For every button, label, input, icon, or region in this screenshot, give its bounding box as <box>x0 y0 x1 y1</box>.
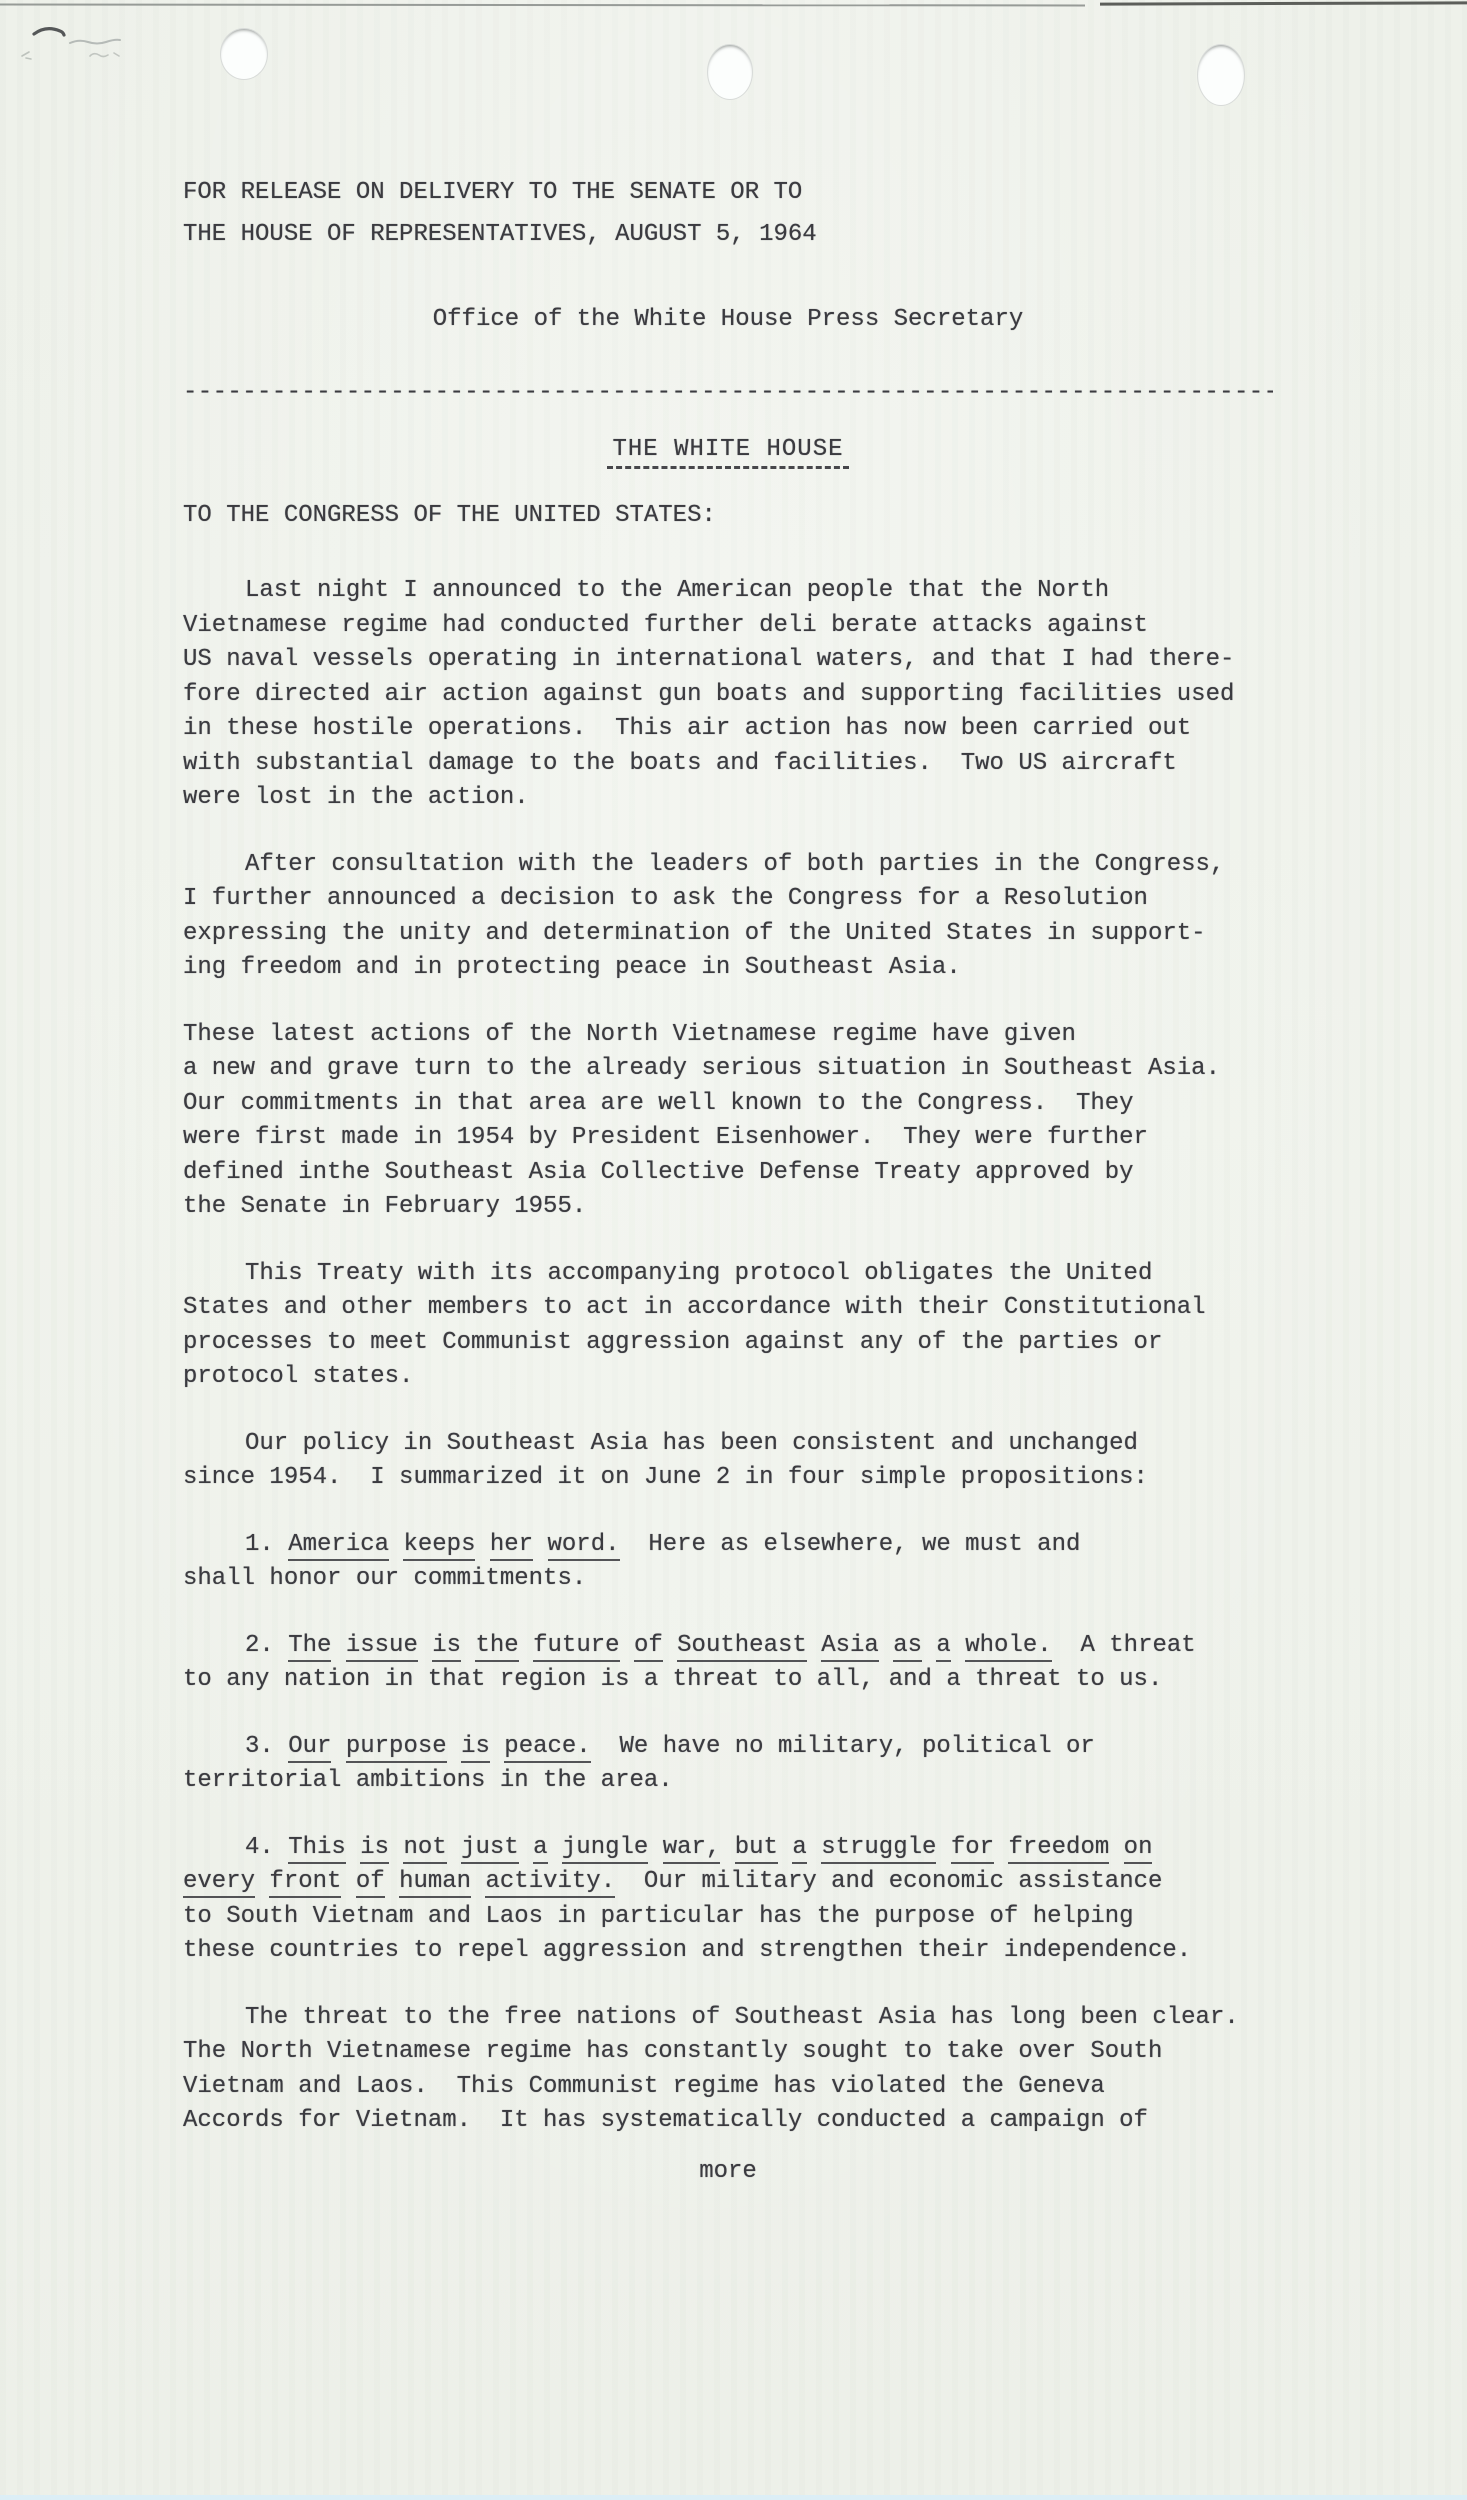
text-line: defined inthe Southeast Asia Collective … <box>183 1156 1273 1191</box>
underlined-word: is <box>461 1733 490 1763</box>
underlined-word: is <box>360 1834 389 1864</box>
underlined-word: is <box>432 1632 461 1662</box>
text-line: territorial ambitions in the area. <box>183 1764 1273 1799</box>
text-line: fore directed air action against gun boa… <box>183 678 1273 713</box>
text-line: were lost in the action. <box>183 781 1273 816</box>
paragraph: 3. Our purpose is peace. We have no mili… <box>183 1730 1273 1799</box>
scan-edge-strip <box>0 2495 1467 2500</box>
underlined-word: whole. <box>965 1632 1051 1662</box>
text-line: in these hostile operations. This air ac… <box>183 712 1273 747</box>
document-body: Last night I announced to the American p… <box>183 574 1273 2139</box>
underlined-word: issue <box>346 1632 418 1662</box>
paragraph: After consultation with the leaders of b… <box>183 848 1273 986</box>
text-line: Vietnamese regime had conducted further … <box>183 609 1273 644</box>
text-line: Vietnam and Laos. This Communist regime … <box>183 2070 1273 2105</box>
release-header: FOR RELEASE ON DELIVERY TO THE SENATE OR… <box>183 172 1273 256</box>
underlined-word: jungle <box>562 1834 648 1864</box>
underlined-word: The <box>288 1632 331 1662</box>
underlined-word: keeps <box>403 1531 475 1561</box>
underlined-word: on <box>1124 1834 1153 1864</box>
text-line: Our commitments in that area are well kn… <box>183 1087 1273 1122</box>
text-line: protocol states. <box>183 1360 1273 1395</box>
text-line: expressing the unity and determination o… <box>183 917 1273 952</box>
paragraph: 2. The issue is the future of Southeast … <box>183 1629 1273 1698</box>
text-line: Last night I announced to the American p… <box>183 574 1273 609</box>
text-line: the Senate in February 1955. <box>183 1190 1273 1225</box>
text-line: Our policy in Southeast Asia has been co… <box>183 1427 1273 1462</box>
underlined-word: every <box>183 1868 255 1898</box>
paragraph: Last night I announced to the American p… <box>183 574 1273 816</box>
underlined-word: activity. <box>485 1868 615 1898</box>
underlined-word: as <box>893 1632 922 1662</box>
underlined-word: future <box>533 1632 619 1662</box>
letterhead: THE WHITE HOUSE <box>183 436 1273 463</box>
release-line-1: FOR RELEASE ON DELIVERY TO THE SENATE OR… <box>183 172 1273 214</box>
paragraph: This Treaty with its accompanying protoc… <box>183 1257 1273 1395</box>
underlined-word: Our <box>288 1733 331 1763</box>
underlined-word: but <box>735 1834 778 1864</box>
underlined-word: for <box>951 1834 994 1864</box>
underlined-word: not <box>403 1834 446 1864</box>
underlined-word: America <box>288 1531 389 1561</box>
letterhead-text: THE WHITE HOUSE <box>607 436 848 469</box>
underlined-word: her <box>490 1531 533 1561</box>
salutation: TO THE CONGRESS OF THE UNITED STATES: <box>183 502 1273 529</box>
text-line: US naval vessels operating in internatio… <box>183 643 1273 678</box>
punch-hole <box>707 44 753 100</box>
underlined-word: Asia <box>821 1632 879 1662</box>
text-line: processes to meet Communist aggression a… <box>183 1326 1273 1361</box>
release-line-2: THE HOUSE OF REPRESENTATIVES, AUGUST 5, … <box>183 214 1273 256</box>
text-line: States and other members to act in accor… <box>183 1291 1273 1326</box>
text-line: 1. America keeps her word. Here as elsew… <box>183 1528 1273 1563</box>
underlined-word: struggle <box>821 1834 936 1864</box>
underlined-word: human <box>399 1868 471 1898</box>
text-line: with substantial damage to the boats and… <box>183 747 1273 782</box>
underlined-word: This <box>288 1834 346 1864</box>
paragraph: These latest actions of the North Vietna… <box>183 1018 1273 1225</box>
paragraph: 4. This is not just a jungle war, but a … <box>183 1831 1273 1969</box>
text-line: The North Vietnamese regime has constant… <box>183 2035 1273 2070</box>
underlined-word: the <box>475 1632 518 1662</box>
text-line: I further announced a decision to ask th… <box>183 882 1273 917</box>
text-line: every front of human activity. Our milit… <box>183 1865 1273 1900</box>
text-line: shall honor our commitments. <box>183 1562 1273 1597</box>
text-line: After consultation with the leaders of b… <box>183 848 1273 883</box>
office-line: Office of the White House Press Secretar… <box>183 306 1273 333</box>
text-line: these countries to repel aggression and … <box>183 1934 1273 1969</box>
text-line: The threat to the free nations of Southe… <box>183 2001 1273 2036</box>
scan-edge-line <box>1100 1 1467 5</box>
text-line: since 1954. I summarized it on June 2 in… <box>183 1461 1273 1496</box>
pencil-scribble <box>14 18 154 68</box>
continuation-marker: more <box>183 2158 1273 2185</box>
underlined-word: of <box>356 1868 385 1898</box>
text-line: 4. This is not just a jungle war, but a … <box>183 1831 1273 1866</box>
text-line: 3. Our purpose is peace. We have no mili… <box>183 1730 1273 1765</box>
text-line: This Treaty with its accompanying protoc… <box>183 1257 1273 1292</box>
punch-hole <box>1197 44 1245 106</box>
text-line: to South Vietnam and Laos in particular … <box>183 1900 1273 1935</box>
underlined-word: peace. <box>504 1733 590 1763</box>
underlined-word: Southeast <box>677 1632 807 1662</box>
underlined-word: a <box>936 1632 950 1662</box>
text-line: These latest actions of the North Vietna… <box>183 1018 1273 1053</box>
text-line: 2. The issue is the future of Southeast … <box>183 1629 1273 1664</box>
paragraph: Our policy in Southeast Asia has been co… <box>183 1427 1273 1496</box>
paragraph: The threat to the free nations of Southe… <box>183 2001 1273 2139</box>
underlined-word: freedom <box>1008 1834 1109 1864</box>
text-line: were first made in 1954 by President Eis… <box>183 1121 1273 1156</box>
dashed-separator: ----------------------------------------… <box>183 376 1273 411</box>
underlined-word: a <box>533 1834 547 1864</box>
paragraph: 1. America keeps her word. Here as elsew… <box>183 1528 1273 1597</box>
underlined-word: front <box>269 1868 341 1898</box>
underlined-word: a <box>792 1834 806 1864</box>
text-line: ing freedom and in protecting peace in S… <box>183 951 1273 986</box>
underlined-word: purpose <box>346 1733 447 1763</box>
text-line: to any nation in that region is a threat… <box>183 1663 1273 1698</box>
text-line: Accords for Vietnam. It has systematical… <box>183 2104 1273 2139</box>
text-line: a new and grave turn to the already seri… <box>183 1052 1273 1087</box>
punch-hole <box>220 28 268 80</box>
underlined-word: just <box>461 1834 519 1864</box>
scanned-document-page: FOR RELEASE ON DELIVERY TO THE SENATE OR… <box>0 0 1467 2500</box>
underlined-word: war, <box>663 1834 721 1864</box>
scan-edge-line <box>0 4 1085 7</box>
underlined-word: word. <box>548 1531 620 1561</box>
underlined-word: of <box>634 1632 663 1662</box>
